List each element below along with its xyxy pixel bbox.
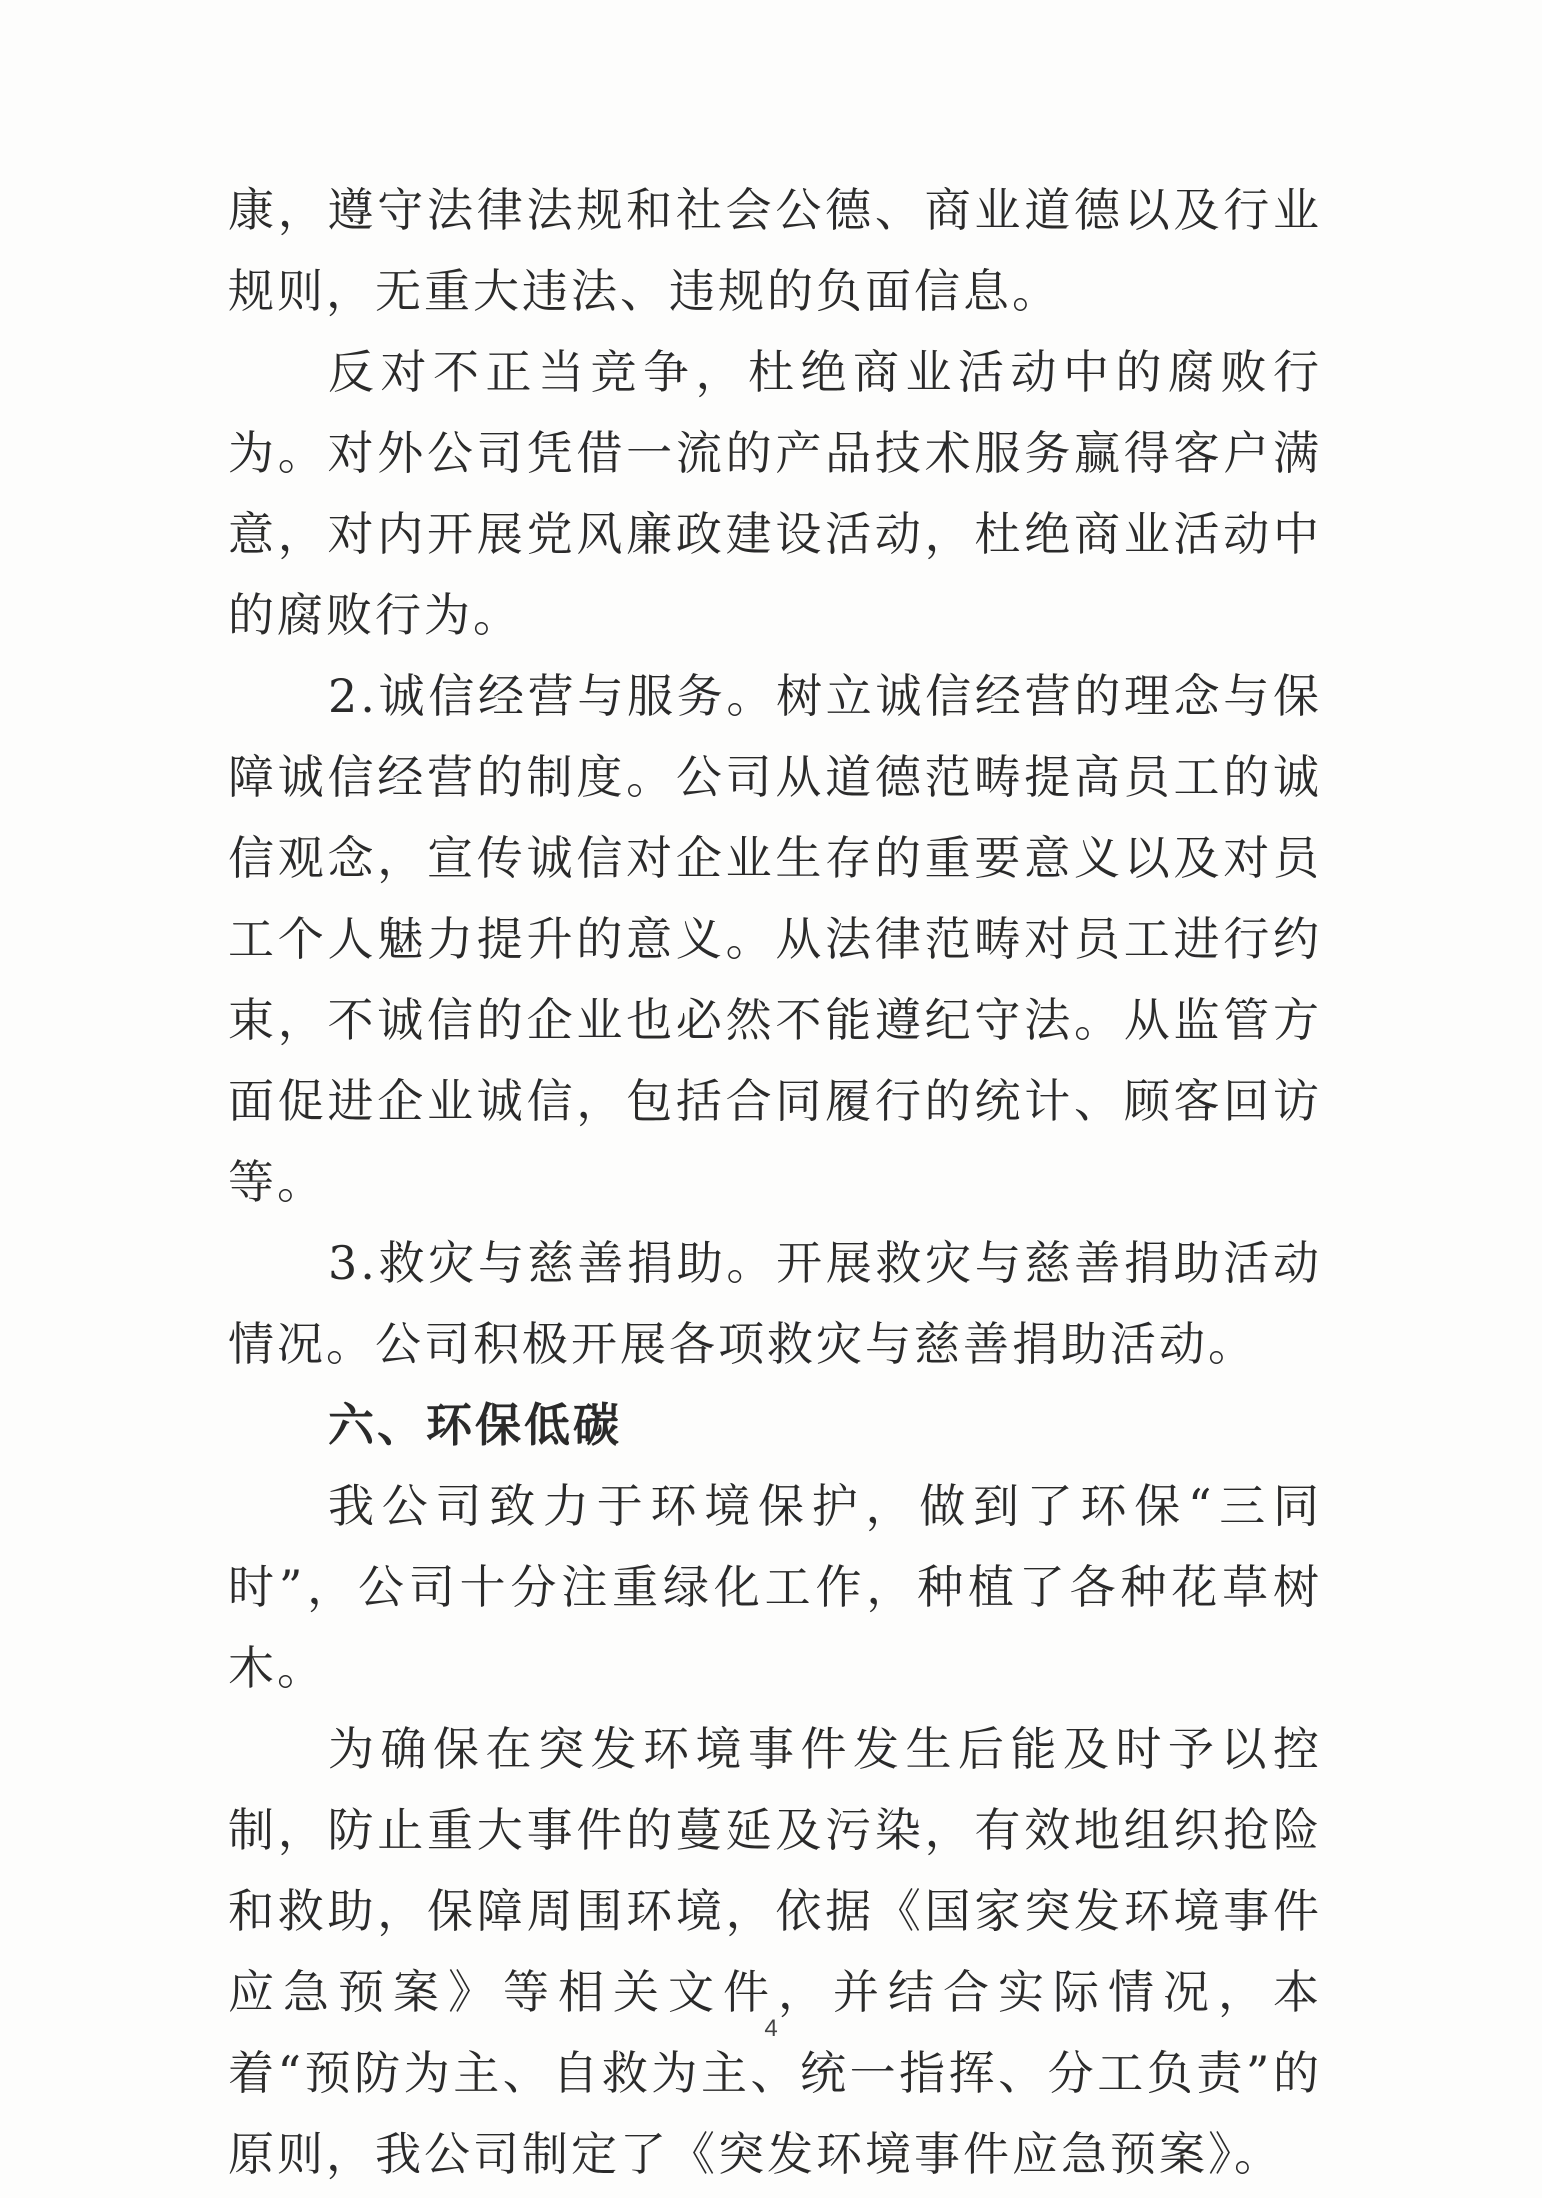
paragraph-environment-protection: 我公司致力于环境保护，做到了环保“三同时”，公司十分注重绿化工作，种植了各种花草… [228, 1466, 1322, 1709]
paragraph-anti-corruption: 反对不正当竞争，杜绝商业活动中的腐败行为。对外公司凭借一流的产品技术服务赢得客户… [228, 332, 1322, 656]
paragraph-disaster-relief-charity: 3.救灾与慈善捐助。开展救灾与慈善捐助活动情况。公司积极开展各项救灾与慈善捐助活… [228, 1223, 1322, 1385]
paragraph-integrity-operation: 2.诚信经营与服务。树立诚信经营的理念与保障诚信经营的制度。公司从道德范畴提高员… [228, 656, 1322, 1223]
document-page: 康，遵守法律法规和社会公德、商业道德以及行业规则，无重大违法、违规的负面信息。 … [228, 170, 1322, 2195]
paragraph-emergency-plan: 为确保在突发环境事件发生后能及时予以控制，防止重大事件的蔓延及污染，有效地组织抢… [228, 1709, 1322, 2195]
paragraph-continuation: 康，遵守法律法规和社会公德、商业道德以及行业规则，无重大违法、违规的负面信息。 [228, 170, 1322, 332]
section-heading-environment: 六、环保低碳 [228, 1385, 1322, 1466]
page-number: 4 [0, 2015, 1542, 2043]
